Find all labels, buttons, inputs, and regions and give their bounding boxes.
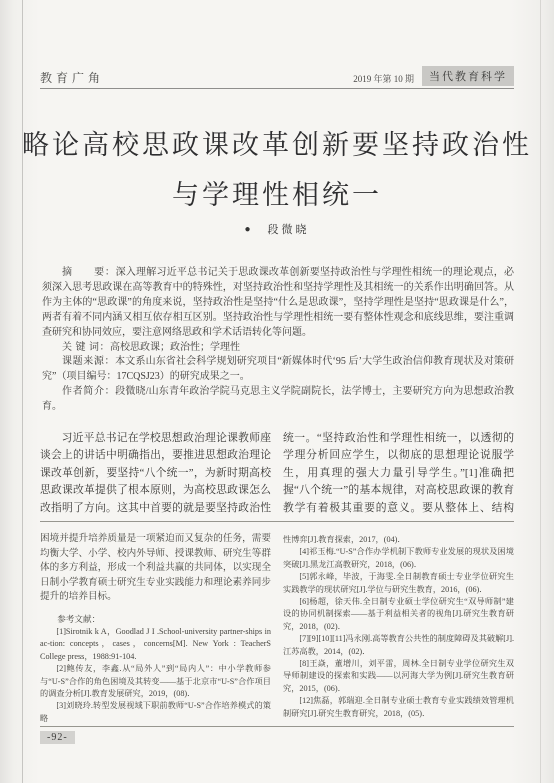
footer-rule [40,726,514,727]
reference-item: [8]王焱，董增川，刘平雷，周林.全日制专业学位研究生双导师制建设的探索和实践—… [283,658,514,695]
author-line: ●段微晓 [20,221,534,237]
reference-item: [12]焦磊，郭瑞迎.全日制专业硕士教育专业实践绩效管理机制研究[J].研究生教… [283,695,514,720]
source-line: 课题来源：本文系山东省社会科学规划研究项目“新媒体时代‘95 后’大学生政治信仰… [42,355,514,385]
reference-item: [5]郭永峰，毕波，于海雯.全日制教育硕士专业学位研究生实践教学的现状研究[J]… [283,571,514,596]
previous-article-tail: 困境并提升培养质量是一项紧迫而又复杂的任务，需要均衡大学、小学、校内外导师、授课… [40,532,514,722]
keywords-line: 关 键 词：高校思政课；政治性；学理性 [42,341,514,356]
reference-item: [6]杨超，徐天伟.全日制专业硕士学位研究生“双导师制”建设的协同机制探索——基… [283,596,514,633]
issue-info: 2019 年第 10 期 [353,72,414,86]
source-label: 课题来源： [62,356,115,367]
page-header: 教育广角 2019 年第 10 期 当代教育科学 [40,66,514,86]
reference-item: [3]刘晓玲.转型发展视域下职前教师“U-S”合作培养模式的策略 [40,700,271,722]
section-divider-rule [40,521,514,522]
bio-line: 作者简介：段微晓/山东青年政治学院马克思主义学院副院长，法学博士，主要研究方向为… [42,385,514,415]
reference-item: [7][9][10][11]冯永刚.高等教育公共性的制度障碍及其破解[J].江苏… [283,633,514,658]
article-body: 习近平总书记在学校思想政治理论课教师座谈会上的讲话中明确指出，要推进思想政治理论… [40,430,514,518]
page-number: -92- [40,731,75,744]
reference-item: [1]Sirotnik k A，Goodlad J I .School-univ… [40,626,271,663]
author-name: 段微晓 [268,224,310,236]
journal-page: 教育广角 2019 年第 10 期 当代教育科学 略论高校思政课改革创新要坚持政… [0,0,554,783]
header-right-group: 2019 年第 10 期 当代教育科学 [353,66,514,86]
body-column-right: 统一。“坚持政治性和学理性相统一，以透彻的学理分析回应学生，以彻底的思想理论说服… [283,430,514,518]
bio-label: 作者简介： [62,386,115,397]
body-column-left: 习近平总书记在学校思想政治理论课教师座谈会上的讲话中明确指出，要推进思想政治理论… [40,430,271,518]
header-rule [40,88,514,89]
prev-column-right: 性博弈[J].教育探索，2017，(04)． [4]祁玉梅.“U-S”合作办学机… [283,532,514,722]
journal-name-badge: 当代教育科学 [422,66,514,86]
body-paragraph-right: 统一。“坚持政治性和学理性相统一，以透彻的学理分析回应学生，以彻底的思想理论说服… [283,430,514,518]
article-title-line2: 与学理性相统一 [20,170,534,220]
abstract-paragraph: 摘 要：深入理解习近平总书记关于思政课改革创新要坚持政治性与学理性相统一的理论观… [42,266,514,341]
references-label: 参考文献： [40,613,271,626]
reference-item: [4]祁玉梅.“U-S”合作办学机制下教师专业发展的现状及困境突破[J].黑龙江… [283,546,514,571]
column-section-label: 教育广角 [40,69,104,86]
article-title-line1: 略论高校思政课改革创新要坚持政治性 [20,120,534,170]
scan-edge-line-left [22,0,23,783]
scan-edge-line-right [540,0,541,783]
keywords-text: 高校思政课；政治性；学理性 [110,342,240,353]
abstract-block: 摘 要：深入理解习近平总书记关于思政课改革创新要坚持政治性与学理性相统一的理论观… [42,266,514,415]
prev-column-left: 困境并提升培养质量是一项紧迫而又复杂的任务，需要均衡大学、小学、校内外导师、授课… [40,532,271,722]
reference-item: 性博弈[J].教育探索，2017，(04)． [283,534,514,546]
prev-closing-paragraph: 困境并提升培养质量是一项紧迫而又复杂的任务，需要均衡大学、小学、校内外导师、授课… [40,532,271,605]
body-paragraph-left: 习近平总书记在学校思想政治理论课教师座谈会上的讲话中明确指出，要推进思想政治理论… [40,430,271,518]
author-bullet-icon: ● [244,224,253,235]
abstract-label: 摘 要： [62,267,116,278]
keywords-label: 关 键 词： [62,342,110,353]
reference-item: [2]鲍传友，李鑫.从“局外人”到“局内人”：中小学教师参与“U-S”合作的角色… [40,663,271,700]
article-title: 略论高校思政课改革创新要坚持政治性 与学理性相统一 [20,120,534,220]
